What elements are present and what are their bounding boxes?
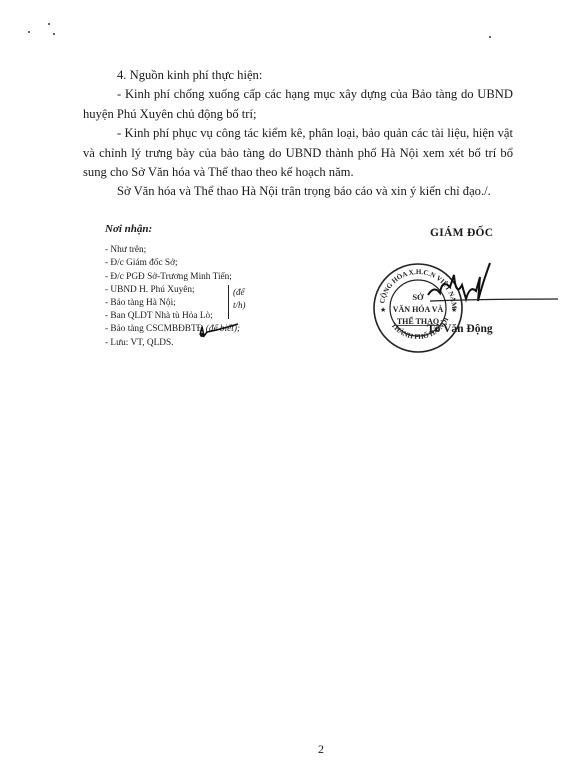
recipient-item-label: - Bảo tàng CSCMBĐBTĐ <box>105 324 203 334</box>
page-number: 2 <box>318 742 324 757</box>
recipient-item: - Đ/c PGĐ Sở-Trương Minh Tiến; <box>105 271 305 284</box>
section-title: 4. Nguồn kinh phí thực hiện: <box>117 66 547 86</box>
scan-speck <box>28 31 30 33</box>
grouping-brace <box>228 285 229 319</box>
recipient-item: - UBND H. Phú Xuyên; <box>105 284 305 297</box>
scan-speck <box>489 36 491 38</box>
scan-speck <box>48 23 50 25</box>
svg-text:★: ★ <box>380 306 386 314</box>
paragraph-closing: Sở Văn hóa và Thể thao Hà Nội trân trọng… <box>83 182 513 202</box>
signatory-name: Tô Văn Động <box>427 323 493 335</box>
recipient-item: - Như trên; <box>105 244 305 257</box>
recipients-heading: Nơi nhận: <box>105 223 305 236</box>
recipient-item: - Đ/c Giám đốc Sở; <box>105 257 305 270</box>
signatory-title: GIÁM ĐỐC <box>430 227 493 239</box>
grouping-brace-note: (để t/h) <box>233 286 251 312</box>
paragraph-funding-1: - Kinh phí chống xuống cấp các hạng mục … <box>83 85 513 124</box>
paragraph-funding-2: - Kinh phí phục vụ công tác kiểm kê, phâ… <box>83 124 513 183</box>
recipient-item: - Bảo tàng Hà Nội; <box>105 297 305 310</box>
initial-flourish-icon <box>198 322 240 338</box>
recipient-item: - Lưu: VT, QLDS. <box>105 337 305 350</box>
scan-speck <box>53 33 55 35</box>
handwritten-signature-icon <box>420 255 560 325</box>
